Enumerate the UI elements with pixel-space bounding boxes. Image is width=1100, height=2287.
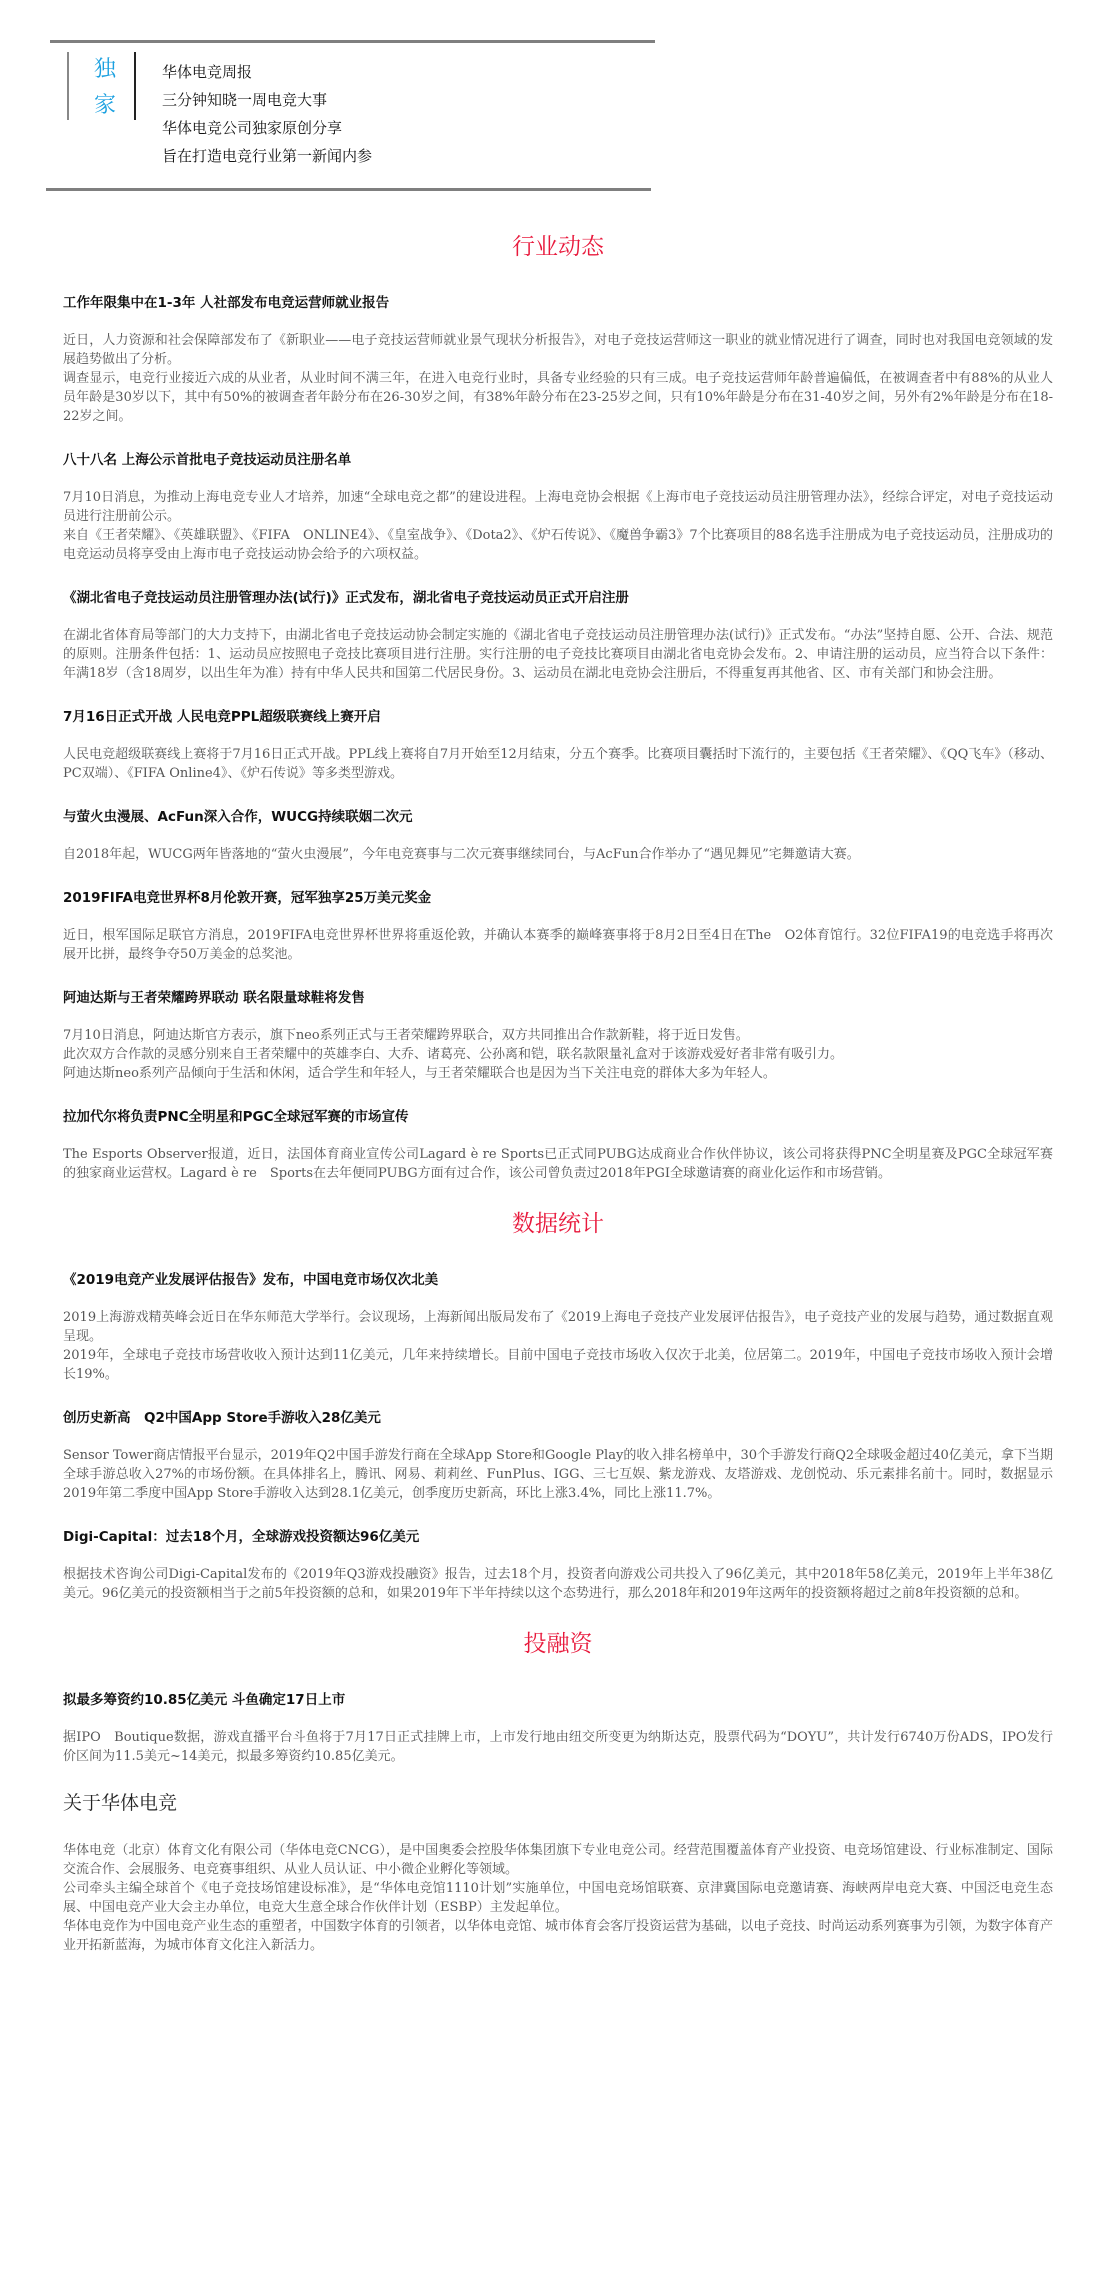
article-title: 《湖北省电子竞技运动员注册管理办法(试行)》正式发布，湖北省电子竞技运动员正式开…	[63, 586, 1053, 606]
article: 阿迪达斯与王者荣耀跨界联动 联名限量球鞋将发售 7月10日消息，阿迪达斯官方表示…	[63, 986, 1053, 1083]
section-industry-news: 行业动态 工作年限集中在1-3年 人社部发布电竞运营师就业报告 近日，人力资源和…	[63, 228, 1053, 1183]
article: 八十八名 上海公示首批电子竞技运动员注册名单 7月10日消息，为推动上海电竞专业…	[63, 448, 1053, 564]
article: 2019FIFA电竞世界杯8月伦敦开赛，冠军独享25万美元奖金 近日，根军国际足…	[63, 886, 1053, 964]
article-paragraph: 2019年，全球电子竞技市场营收收入预计达到11亿美元，几年来持续增长。目前中国…	[63, 1346, 1053, 1384]
article: 拟最多筹资约10.85亿美元 斗鱼确定17日上市 据IPO Boutique数据…	[63, 1688, 1053, 1766]
article-paragraph: 人民电竞超级联赛线上赛将于7月16日正式开战。PPL线上赛将自7月开始至12月结…	[63, 745, 1053, 783]
section-title: 数据统计	[63, 1205, 1053, 1238]
article-paragraph: 自2018年起，WUCG两年皆落地的“萤火虫漫展”，今年电竞赛事与二次元赛事继续…	[63, 845, 1053, 864]
about-paragraph: 华体电竞作为中国电竞产业生态的重塑者，中国数字体育的引领者，以华体电竞馆、城市体…	[63, 1917, 1053, 1955]
masthead-left-bar	[67, 52, 69, 120]
article-paragraph: Sensor Tower商店情报平台显示，2019年Q2中国手游发行商在全球Ap…	[63, 1446, 1053, 1503]
section-title: 投融资	[63, 1625, 1053, 1658]
article: 拉加代尔将负责PNC全明星和PGC全球冠军赛的市场宣传 The Esports …	[63, 1105, 1053, 1183]
article-title: 《2019电竞产业发展评估报告》发布，中国电竞市场仅次北美	[63, 1268, 1053, 1288]
article-paragraph: 调查显示，电竞行业接近六成的从业者，从业时间不满三年，在进入电竞行业时，具备专业…	[63, 369, 1053, 426]
article-paragraph: 阿迪达斯neo系列产品倾向于生活和休闲，适合学生和年轻人，与王者荣耀联合也是因为…	[63, 1064, 1053, 1083]
masthead-line: 三分钟知晓一周电竞大事	[162, 86, 372, 114]
article-title: 与萤火虫漫展、AcFun深入合作，WUCG持续联姻二次元	[63, 805, 1053, 825]
section-data-statistics: 数据统计 《2019电竞产业发展评估报告》发布，中国电竞市场仅次北美 2019上…	[63, 1205, 1053, 1603]
article-title: 拟最多筹资约10.85亿美元 斗鱼确定17日上市	[63, 1688, 1053, 1708]
exclusive-tag: 独 家	[90, 52, 120, 124]
article-paragraph: 2019上海游戏精英峰会近日在华东师范大学举行。会议现场，上海新闻出版局发布了《…	[63, 1308, 1053, 1346]
article: 7月16日正式开战 人民电竞PPL超级联赛线上赛开启 人民电竞超级联赛线上赛将于…	[63, 705, 1053, 783]
masthead-divider	[134, 52, 136, 120]
article-paragraph: 7月10日消息，阿迪达斯官方表示，旗下neo系列正式与王者荣耀跨界联合，双方共同…	[63, 1026, 1053, 1045]
section-investment: 投融资 拟最多筹资约10.85亿美元 斗鱼确定17日上市 据IPO Boutiq…	[63, 1625, 1053, 1766]
article: 工作年限集中在1-3年 人社部发布电竞运营师就业报告 近日，人力资源和社会保障部…	[63, 291, 1053, 426]
exclusive-tag-char: 家	[90, 88, 120, 124]
article: 《2019电竞产业发展评估报告》发布，中国电竞市场仅次北美 2019上海游戏精英…	[63, 1268, 1053, 1384]
section-about: 关于华体电竞 华体电竞（北京）体育文化有限公司（华体电竞CNCG），是中国奥委会…	[63, 1788, 1053, 1955]
exclusive-tag-char: 独	[90, 52, 120, 88]
article-title: 7月16日正式开战 人民电竞PPL超级联赛线上赛开启	[63, 705, 1053, 725]
article-title: 拉加代尔将负责PNC全明星和PGC全球冠军赛的市场宣传	[63, 1105, 1053, 1125]
article-title: 八十八名 上海公示首批电子竞技运动员注册名单	[63, 448, 1053, 468]
newsletter-content: 行业动态 工作年限集中在1-3年 人社部发布电竞运营师就业报告 近日，人力资源和…	[63, 220, 1053, 1955]
section-title: 行业动态	[63, 228, 1053, 261]
article-title: 创历史新高 Q2中国App Store手游收入28亿美元	[63, 1406, 1053, 1426]
article-paragraph: 近日，人力资源和社会保障部发布了《新职业——电子竞技运营师就业景气现状分析报告》…	[63, 331, 1053, 369]
masthead-bottom-rule	[46, 188, 651, 191]
masthead-line: 华体电竞公司独家原创分享	[162, 114, 372, 142]
article: 与萤火虫漫展、AcFun深入合作，WUCG持续联姻二次元 自2018年起，WUC…	[63, 805, 1053, 864]
article-paragraph: 近日，根军国际足联官方消息，2019FIFA电竞世界杯世界将重返伦敦，并确认本赛…	[63, 926, 1053, 964]
article-paragraph: 7月10日消息，为推动上海电竞专业人才培养，加速“全球电竞之都”的建设进程。上海…	[63, 488, 1053, 526]
article-title: 2019FIFA电竞世界杯8月伦敦开赛，冠军独享25万美元奖金	[63, 886, 1053, 906]
article-title: 工作年限集中在1-3年 人社部发布电竞运营师就业报告	[63, 291, 1053, 311]
article: Digi-Capital：过去18个月，全球游戏投资额达96亿美元 根据技术咨询…	[63, 1525, 1053, 1603]
article-title: Digi-Capital：过去18个月，全球游戏投资额达96亿美元	[63, 1525, 1053, 1545]
article: 《湖北省电子竞技运动员注册管理办法(试行)》正式发布，湖北省电子竞技运动员正式开…	[63, 586, 1053, 683]
article-paragraph: 此次双方合作款的灵感分别来自王者荣耀中的英雄李白、大乔、诸葛亮、公孙离和铠，联名…	[63, 1045, 1053, 1064]
article: 创历史新高 Q2中国App Store手游收入28亿美元 Sensor Towe…	[63, 1406, 1053, 1503]
masthead-line: 华体电竞周报	[162, 58, 372, 86]
about-paragraph: 华体电竞（北京）体育文化有限公司（华体电竞CNCG），是中国奥委会控股华体集团旗…	[63, 1841, 1053, 1879]
masthead-top-rule	[50, 40, 655, 43]
article-title: 阿迪达斯与王者荣耀跨界联动 联名限量球鞋将发售	[63, 986, 1053, 1006]
masthead-lines: 华体电竞周报 三分钟知晓一周电竞大事 华体电竞公司独家原创分享 旨在打造电竞行业…	[162, 58, 372, 170]
article-paragraph: 在湖北省体育局等部门的大力支持下，由湖北省电子竞技运动协会制定实施的《湖北省电子…	[63, 626, 1053, 683]
article-paragraph: 根据技术咨询公司Digi-Capital发布的《2019年Q3游戏投融资》报告，…	[63, 1565, 1053, 1603]
article-paragraph: 据IPO Boutique数据，游戏直播平台斗鱼将于7月17日正式挂牌上市，上市…	[63, 1728, 1053, 1766]
about-title: 关于华体电竞	[63, 1788, 1053, 1815]
about-paragraph: 公司牵头主编全球首个《电子竞技场馆建设标准》，是“华体电竞馆1110计划”实施单…	[63, 1879, 1053, 1917]
article-paragraph: The Esports Observer报道，近日，法国体育商业宣传公司Laga…	[63, 1145, 1053, 1183]
masthead-line: 旨在打造电竞行业第一新闻内参	[162, 142, 372, 170]
article-paragraph: 来自《王者荣耀》、《英雄联盟》、《FIFA ONLINE4》、《皇室战争》、《D…	[63, 526, 1053, 564]
